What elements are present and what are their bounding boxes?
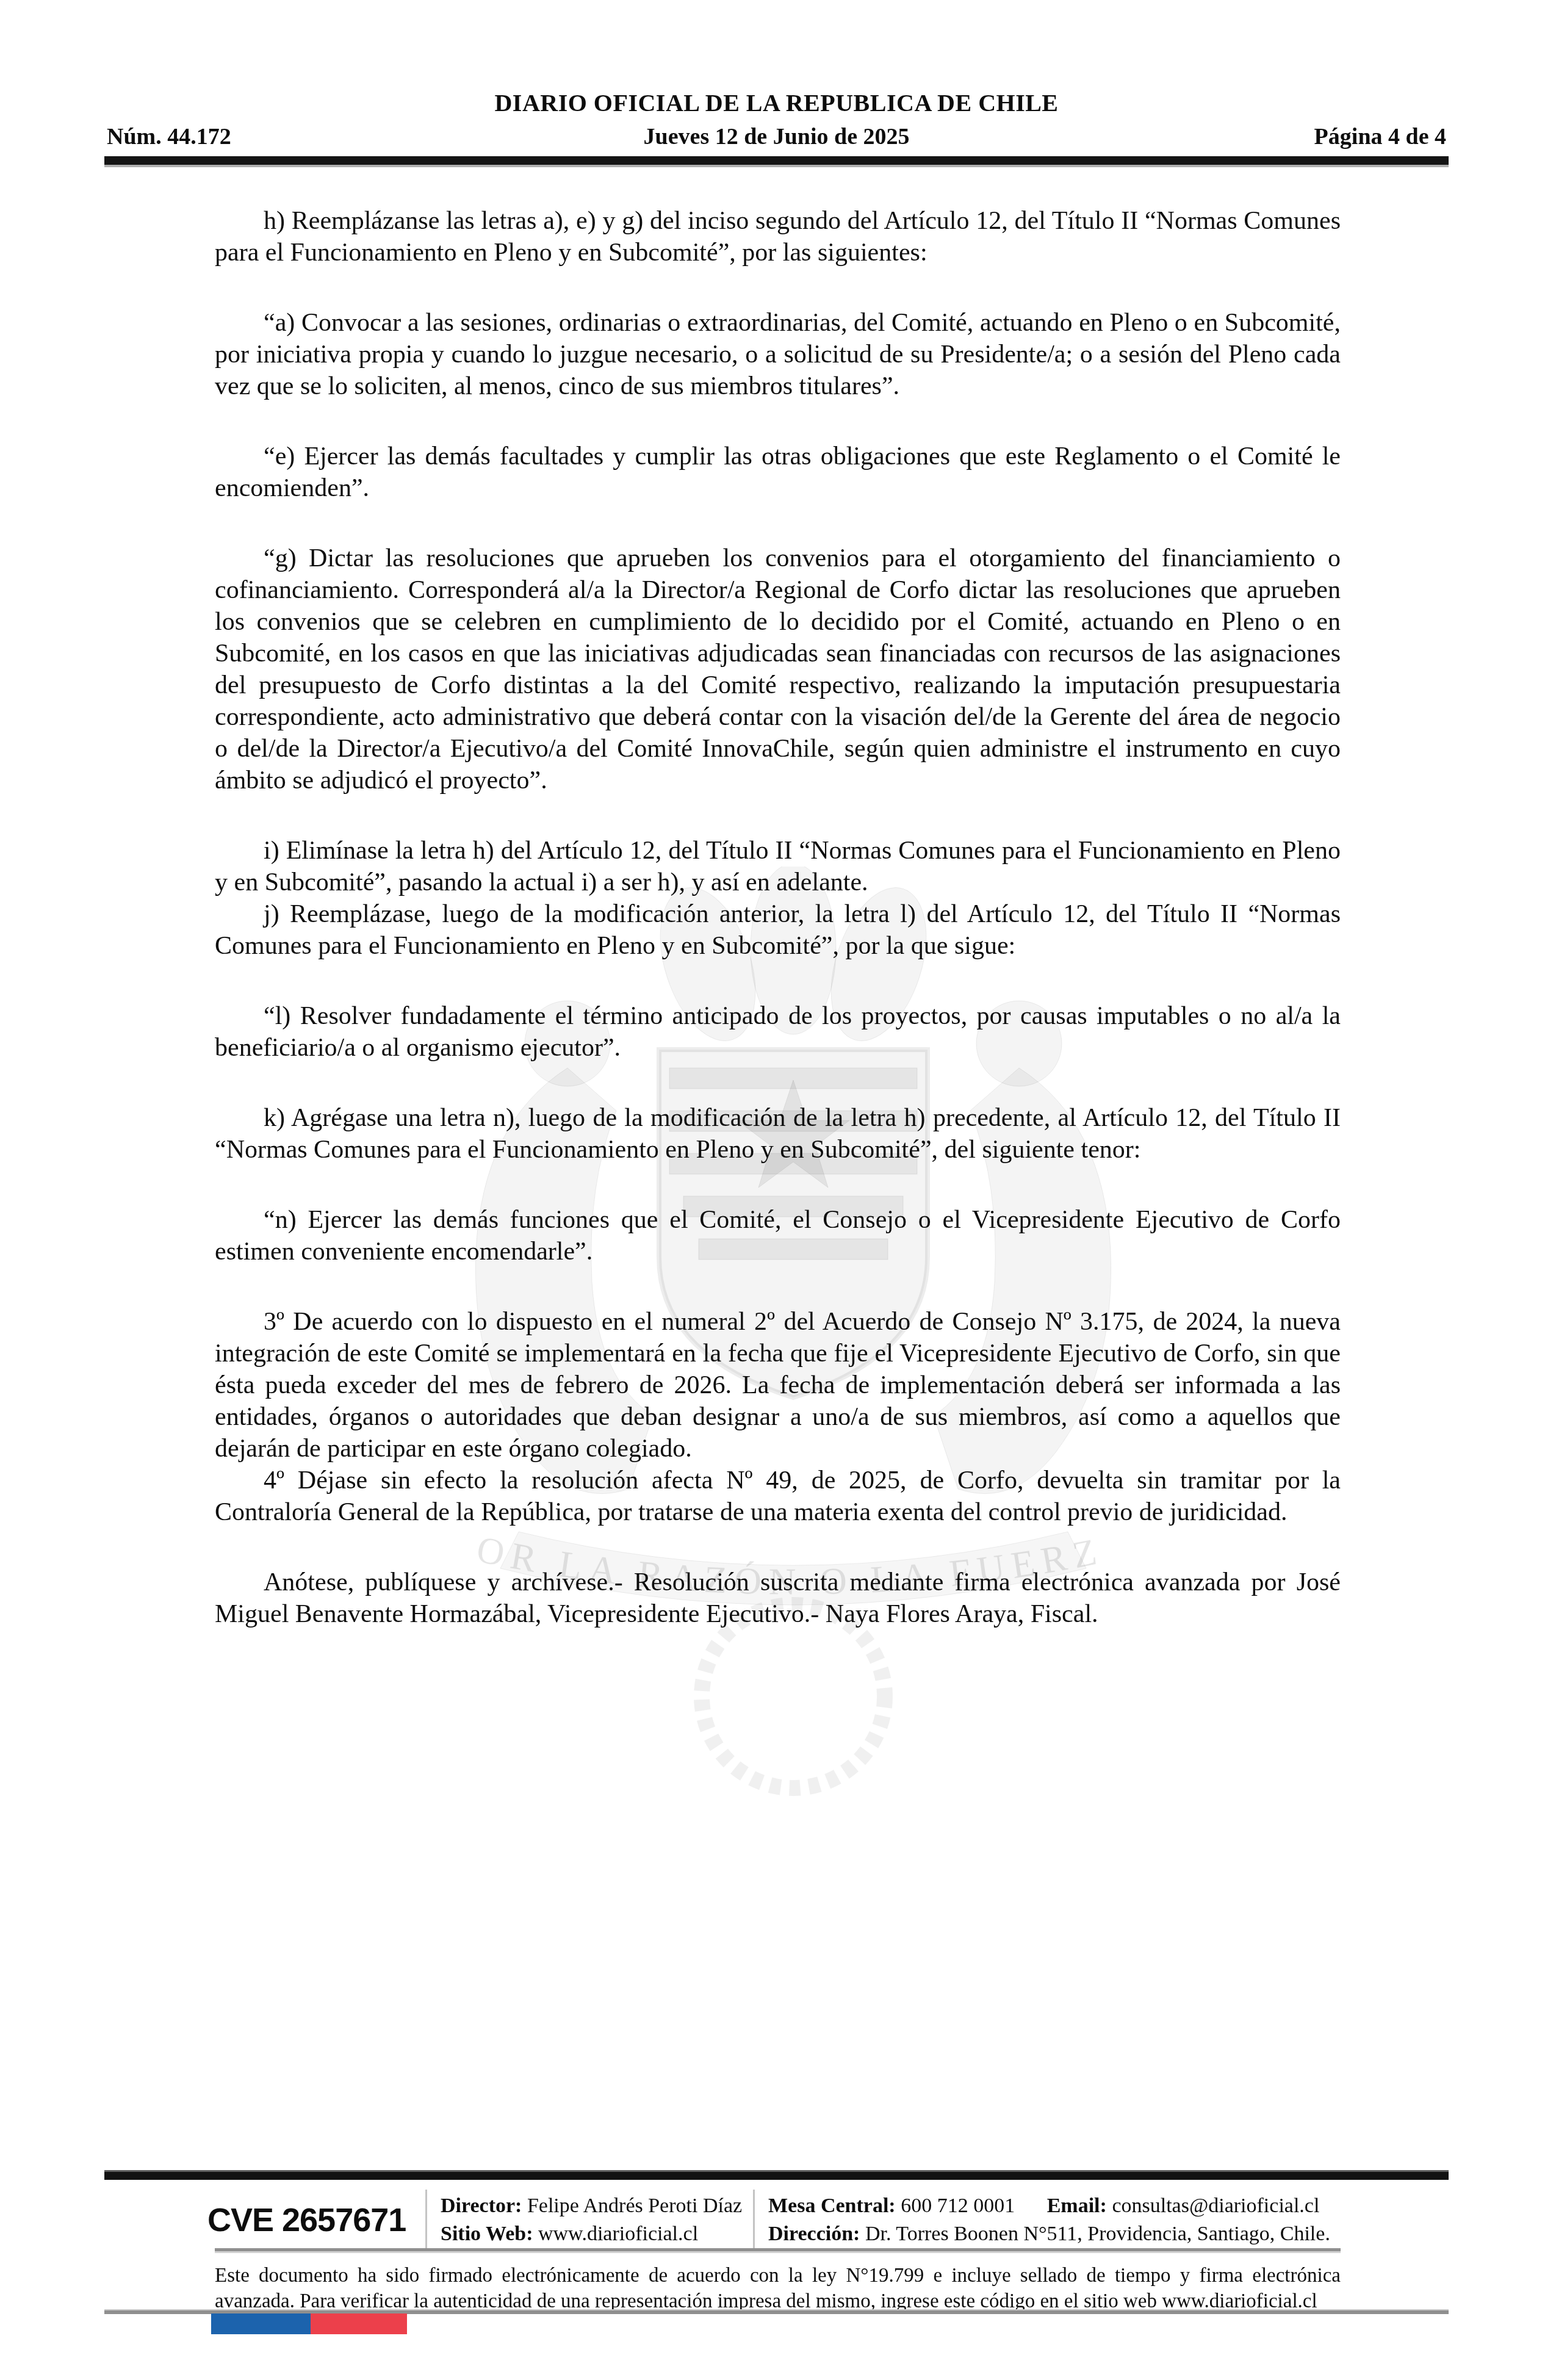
- publication-date: Jueves 12 de Junio de 2025: [501, 123, 1053, 150]
- legal-line-1: Este documento ha sido firmado electróni…: [215, 2263, 1341, 2288]
- page-header: DIARIO OFICIAL DE LA REPUBLICA DE CHILE …: [104, 0, 1449, 165]
- footer-top-rule: [104, 2170, 1449, 2180]
- footer-divider: [753, 2190, 755, 2251]
- paragraph-block: “a) Convocar a las sesiones, ordinarias …: [215, 307, 1341, 402]
- mesa-central-value: 600 712 0001: [901, 2194, 1015, 2217]
- paragraph: “a) Convocar a las sesiones, ordinarias …: [215, 307, 1341, 402]
- paragraph-block: h) Reemplázanse las letras a), e) y g) d…: [215, 205, 1341, 269]
- header-meta-row: Núm. 44.172 Jueves 12 de Junio de 2025 P…: [104, 123, 1449, 150]
- chile-flag-mark: [211, 2313, 407, 2334]
- header-rule: [104, 156, 1449, 165]
- director-value: Felipe Andrés Peroti Díaz: [527, 2194, 742, 2217]
- page-footer: CVE 2657671 Director: Felipe Andrés Pero…: [0, 2170, 1556, 2380]
- paragraph-block: i) Elimínase la letra h) del Artículo 12…: [215, 835, 1341, 962]
- footer-info-row: CVE 2657671 Director: Felipe Andrés Pero…: [207, 2191, 1367, 2249]
- publication-title: DIARIO OFICIAL DE LA REPUBLICA DE CHILE: [104, 89, 1449, 117]
- paragraph-block: “l) Resolver fundadamente el término ant…: [215, 1000, 1341, 1064]
- page-indicator: Página 4 de 4: [1052, 123, 1446, 150]
- paragraph-block: Anótese, publíquese y archívese.- Resolu…: [215, 1567, 1341, 1630]
- email-value: consultas@diarioficial.cl: [1112, 2194, 1319, 2217]
- direccion-line: Dirección: Dr. Torres Boonen N°511, Prov…: [768, 2220, 1330, 2248]
- paragraph: h) Reemplázanse las letras a), e) y g) d…: [215, 205, 1341, 269]
- paragraph: 4º Déjase sin efecto la resolución afect…: [215, 1465, 1341, 1528]
- mesa-central-line: Mesa Central: 600 712 0001 Email: consul…: [768, 2192, 1330, 2220]
- paragraph: “n) Ejercer las demás funciones que el C…: [215, 1204, 1341, 1268]
- paragraph: Anótese, publíquese y archívese.- Resolu…: [215, 1567, 1341, 1630]
- paragraph: 3º De acuerdo con lo dispuesto en el num…: [215, 1306, 1341, 1465]
- sitio-web-line: Sitio Web: www.diarioficial.cl: [441, 2220, 740, 2248]
- mesa-central-label: Mesa Central:: [768, 2194, 896, 2217]
- paragraph-block: “e) Ejercer las demás facultades y cumpl…: [215, 441, 1341, 504]
- director-line: Director: Felipe Andrés Peroti Díaz: [441, 2192, 740, 2220]
- legal-notice: Este documento ha sido firmado electróni…: [215, 2263, 1341, 2314]
- direccion-label: Dirección:: [768, 2223, 860, 2245]
- document-body: h) Reemplázanse las letras a), e) y g) d…: [215, 205, 1341, 1630]
- paragraph: “e) Ejercer las demás facultades y cumpl…: [215, 441, 1341, 504]
- sitio-web-label: Sitio Web:: [441, 2223, 533, 2245]
- flag-blue-block: [211, 2313, 311, 2334]
- paragraph-block: “g) Dictar las resoluciones que aprueben…: [215, 543, 1341, 796]
- paragraph: “g) Dictar las resoluciones que aprueben…: [215, 543, 1341, 796]
- director-label: Director:: [441, 2194, 522, 2217]
- footer-director-column: Director: Felipe Andrés Peroti Díaz Siti…: [441, 2192, 740, 2248]
- footer-divider: [425, 2190, 427, 2251]
- flag-red-block: [311, 2313, 407, 2334]
- paragraph: j) Reemplázase, luego de la modificación…: [215, 898, 1341, 962]
- paragraph: “l) Resolver fundadamente el término ant…: [215, 1000, 1341, 1064]
- cve-code: CVE 2657671: [207, 2201, 412, 2239]
- footer-mid-rule: [215, 2248, 1341, 2251]
- sitio-web-value: www.diarioficial.cl: [538, 2223, 698, 2245]
- paragraph-block: 3º De acuerdo con lo dispuesto en el num…: [215, 1306, 1341, 1528]
- paragraph: i) Elimínase la letra h) del Artículo 12…: [215, 835, 1341, 898]
- issue-number: Núm. 44.172: [107, 123, 501, 150]
- direccion-value: Dr. Torres Boonen N°511, Providencia, Sa…: [865, 2223, 1330, 2245]
- footer-contact-column: Mesa Central: 600 712 0001 Email: consul…: [768, 2192, 1330, 2248]
- paragraph: k) Agrégase una letra n), luego de la mo…: [215, 1102, 1341, 1166]
- document-page: POR LA RAZÓN O LA FUERZA DIARIO OFICIAL …: [0, 0, 1556, 2380]
- paragraph-block: k) Agrégase una letra n), luego de la mo…: [215, 1102, 1341, 1166]
- paragraph-block: “n) Ejercer las demás funciones que el C…: [215, 1204, 1341, 1268]
- email-label: Email:: [1047, 2194, 1107, 2217]
